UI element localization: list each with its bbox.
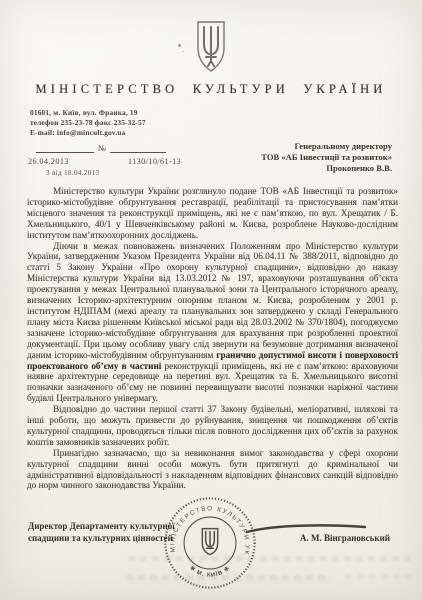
paragraph-3: Відповідно до частини першої статті 37 З… — [27, 404, 398, 448]
date-blank-line — [36, 144, 94, 153]
letter-body: Міністерство культури України розглянуло… — [27, 186, 398, 491]
incoming-reference: 3 від 18.04.2013 — [46, 169, 99, 177]
address-line: телефон 235-23-78 факс 235-32-57 — [30, 118, 146, 128]
paragraph-1: Міністерство культури України розглянуло… — [27, 186, 398, 241]
number-blank-line — [110, 144, 166, 153]
paragraph-2: Діючи в межах повноважень визначених Пол… — [27, 241, 398, 405]
signature-stroke — [243, 518, 371, 538]
ministry-title: МІНІСТЕРСТВО КУЛЬТУРИ УКРАЇНИ — [0, 82, 422, 97]
official-stamp: МІНІСТЕРСТВО КУЛЬТУРИ УКРАЇНИ ✻ М. КИЇВ … — [162, 495, 258, 591]
paragraph-4: Принагідно зазначаємо, що за невиконання… — [27, 448, 398, 492]
stamp-ring-text: МІНІСТЕРСТВО КУЛЬТУРИ УКРАЇНИ — [162, 495, 251, 556]
recipient-line: Прокопенко В.В. — [172, 163, 392, 174]
paragraph-2-text: Діючи в межах повноважень визначених Пол… — [27, 241, 398, 360]
recipient-line: ТОВ «АБ Інвестиції та розвиток» — [172, 152, 392, 163]
coat-of-arms-icon — [191, 19, 231, 75]
letter-date: 26.04.2013 — [28, 157, 69, 166]
address-line: E-mail: info@mincult.gov.ua — [30, 128, 146, 138]
recipient-block: Генеральному директору ТОВ «АБ Інвестиці… — [172, 141, 392, 174]
address-line: 01601, м. Київ, вул. Франка, 19 — [30, 108, 146, 118]
svg-text:✻ М. КИЇВ ✻: ✻ М. КИЇВ ✻ — [188, 565, 231, 579]
number-symbol: № — [98, 143, 106, 153]
ink-speck — [178, 44, 181, 47]
address-block: 01601, м. Київ, вул. Франка, 19 телефон … — [30, 108, 146, 138]
svg-text:МІНІСТЕРСТВО КУЛЬТУРИ УКРАЇНИ: МІНІСТЕРСТВО КУЛЬТУРИ УКРАЇНИ — [162, 495, 251, 556]
recipient-line: Генеральному директору — [172, 141, 392, 152]
stamp-trident-icon — [202, 529, 217, 555]
bleed-through-line — [345, 574, 411, 579]
scanned-letter-page: МІНІСТЕРСТВО КУЛЬТУРИ УКРАЇНИ 01601, м. … — [0, 0, 422, 600]
stamp-city-text: ✻ М. КИЇВ ✻ — [188, 565, 231, 579]
